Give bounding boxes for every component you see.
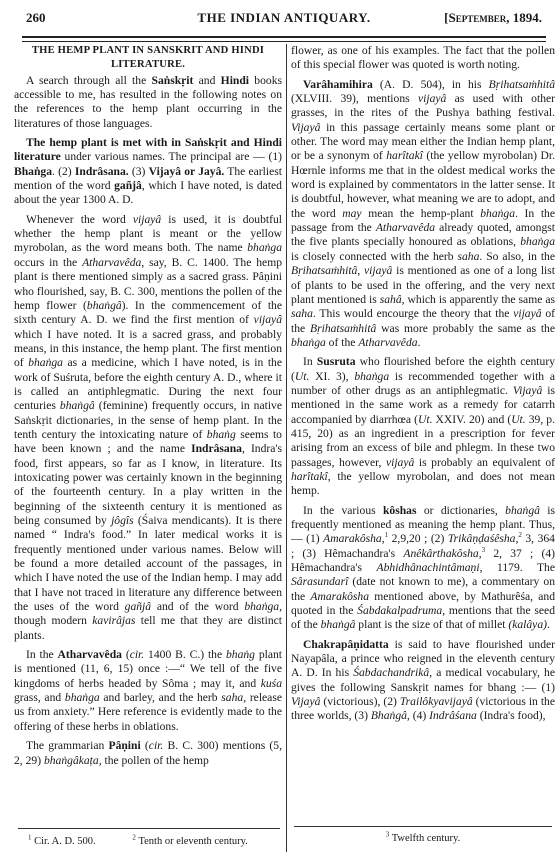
paragraph: A search through all the Saṅskṛit and Hi…: [14, 74, 282, 131]
footnote-marker: 3: [386, 831, 390, 839]
paragraph: Chakrapâṇidatta is said to have flourish…: [291, 638, 555, 724]
right-column: flower, as one of his examples. The fact…: [291, 44, 555, 729]
date-year: , 1894.: [506, 10, 542, 25]
footnote-text: Cir. A. D. 500.: [34, 836, 96, 847]
paragraph: In Susruta who flourished before the eig…: [291, 355, 555, 498]
header-rule: [22, 36, 546, 42]
column-divider: [286, 44, 287, 852]
paragraph: The hemp plant is met with in Saṅskṛit a…: [14, 136, 282, 208]
paragraph: The grammarian Pâṇini (cir. B. C. 300) m…: [14, 739, 282, 768]
paragraph: flower, as one of his examples. The fact…: [291, 44, 555, 73]
footnote-1: 1 Cir. A. D. 500.: [28, 836, 96, 847]
paragraph: Whenever the word vijayâ is used, it is …: [14, 213, 282, 643]
paragraph: In the various kôshas or dictionaries, b…: [291, 504, 555, 633]
footnotes-left: 1 Cir. A. D. 500. 2 Tenth or eleventh ce…: [22, 836, 282, 847]
footnote-text: Twelfth century.: [392, 833, 461, 844]
left-column: THE HEMP PLANT IN SANSKRIT AND HINDI LIT…: [14, 44, 282, 773]
footnote-rule-right: [294, 826, 552, 827]
footnote-2: 2 Tenth or eleventh century.: [132, 836, 248, 847]
footnotes-right: 3 Twelfth century.: [291, 833, 555, 844]
date-month: September: [449, 10, 507, 25]
footnote-3: 3 Twelfth century.: [386, 833, 461, 844]
paragraph: Varâhamihira (A. D. 504), in his Bṛihats…: [291, 78, 555, 351]
article-title: THE HEMP PLANT IN SANSKRIT AND HINDI LIT…: [14, 44, 282, 73]
running-header: 260 THE INDIAN ANTIQUARY. [September, 18…: [26, 10, 542, 28]
paragraph: In the Atharvavêda (cir. 1400 B. C.) the…: [14, 648, 282, 734]
journal-page: 260 THE INDIAN ANTIQUARY. [September, 18…: [0, 0, 560, 857]
footnote-marker: 1: [28, 834, 32, 842]
issue-date: [September, 1894.: [444, 10, 542, 26]
footnote-marker: 2: [132, 834, 136, 842]
footnote-rule-left: [18, 828, 280, 829]
footnote-text: Tenth or eleventh century.: [138, 836, 247, 847]
